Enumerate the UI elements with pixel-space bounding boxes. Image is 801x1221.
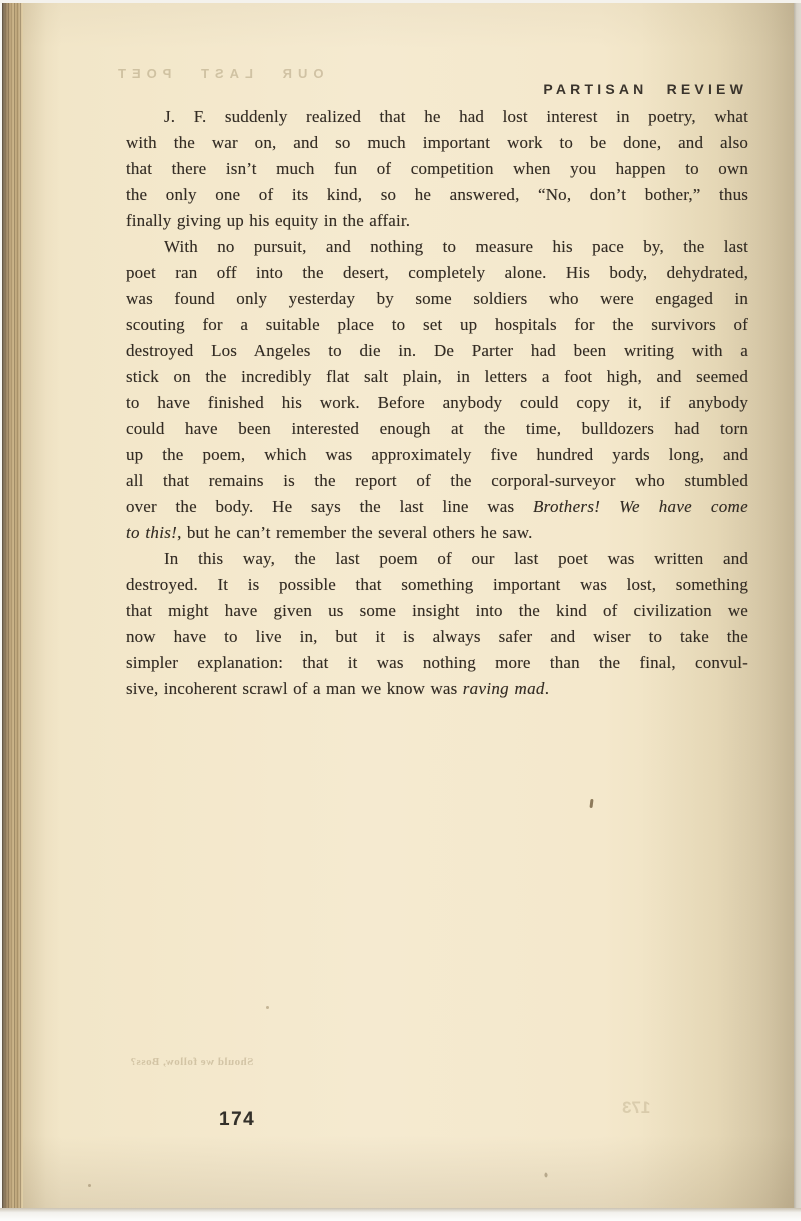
text-line: scouting for a suitable place to set up …: [126, 312, 748, 338]
text-line: destroyed. It is possible that something…: [126, 572, 748, 598]
text-line: to have finished his work. Before anybod…: [126, 390, 748, 416]
text-line: stick on the incredibly flat salt plain,…: [126, 364, 748, 390]
text-line: was found only yesterday by some soldier…: [126, 286, 748, 312]
text-line: up the poem, which was approximately fiv…: [126, 442, 748, 468]
scan-top-edge: [0, 0, 801, 3]
ink-speck: [88, 1184, 91, 1187]
body-text: J. F. suddenly realized that he had lost…: [126, 104, 748, 702]
text-line: J. F. suddenly realized that he had lost…: [126, 104, 748, 130]
text-line: sive, incoherent scrawl of a man we know…: [126, 676, 748, 702]
text-line: with the war on, and so much important w…: [126, 130, 748, 156]
text-line: that might have given us some insight in…: [126, 598, 748, 624]
text-line: With no pursuit, and nothing to measure …: [126, 234, 748, 260]
text-line: could have been interested enough at the…: [126, 416, 748, 442]
text-line: finally giving up his equity in the affa…: [126, 208, 748, 234]
text-line: simpler explanation: that it was nothing…: [126, 650, 748, 676]
page-number: 174: [219, 1109, 255, 1131]
text-line: destroyed Los Angeles to die in. De Part…: [126, 338, 748, 364]
text-line: that there isn’t much fun of competition…: [126, 156, 748, 182]
scan-right-edge: [794, 0, 801, 1221]
show-through-chapter-title: OUR LAST POET: [112, 66, 323, 81]
text-line: all that remains is the report of the co…: [126, 468, 748, 494]
text-line: poet ran off into the desert, completely…: [126, 260, 748, 286]
show-through-text-line: Should we follow, Boss?: [130, 1056, 253, 1068]
scanned-book-page: OUR LAST POET PARTISAN REVIEW J. F. sudd…: [0, 0, 801, 1221]
book-page-edges: [2, 0, 23, 1211]
paragraph: In this way, the last poem of our last p…: [126, 546, 748, 702]
running-header: PARTISAN REVIEW: [543, 81, 747, 97]
text-line: In this way, the last poem of our last p…: [126, 546, 748, 572]
text-line: to this!, but he can’t remember the seve…: [126, 520, 748, 546]
text-line: now have to live in, but it is always sa…: [126, 624, 748, 650]
text-line: the only one of its kind, so he answered…: [126, 182, 748, 208]
paragraph: J. F. suddenly realized that he had lost…: [126, 104, 748, 234]
text-line: over the body. He says the last line was…: [126, 494, 748, 520]
paragraph: With no pursuit, and nothing to measure …: [126, 234, 748, 546]
scan-bottom-edge: [0, 1208, 801, 1221]
show-through-page-number: 173: [622, 1098, 650, 1118]
ink-speck: [266, 1006, 269, 1009]
